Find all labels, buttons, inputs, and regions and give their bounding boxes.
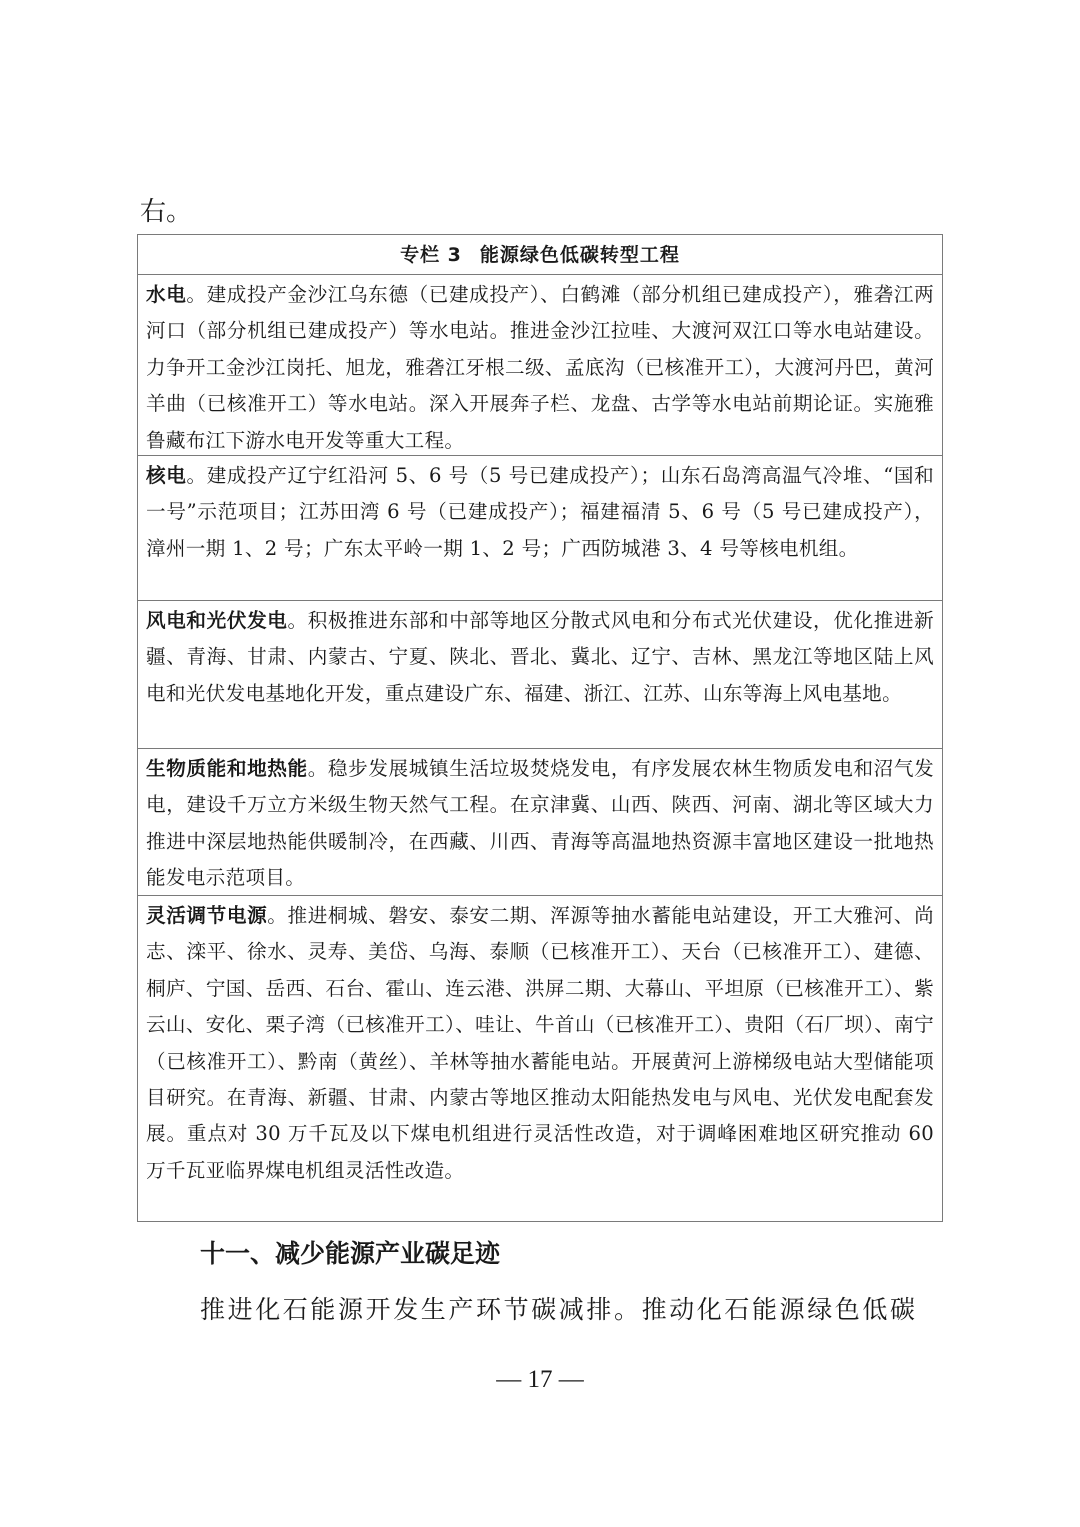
row-lead: 灵活调节电源 — [146, 904, 267, 927]
page-number: — 17 — — [0, 1360, 1080, 1400]
box-label: 专栏 3 — [400, 244, 462, 266]
row-lead: 生物质能和地热能 — [146, 757, 308, 780]
box-row-nuclear: 核电。建成投产辽宁红沿河 5、6 号（5 号已建成投产）；山东石岛湾高温气冷堆、… — [138, 456, 942, 601]
box-row-biomass-geothermal: 生物质能和地热能。稳步发展城镇生活垃圾焚烧发电，有序发展农林生物质发电和沼气发电… — [138, 749, 942, 896]
feature-box-energy-transition: 专栏 3能源绿色低碳转型工程 水电。建成投产金沙江乌东德（已建成投产）、白鹤滩（… — [137, 234, 943, 1222]
row-body: 。建成投产辽宁红沿河 5、6 号（5 号已建成投产）；山东石岛湾高温气冷堆、“国… — [146, 464, 934, 560]
row-body: 。推进桐城、磐安、泰安二期、浑源等抽水蓄能电站建设，开工大雅河、尚志、滦平、徐水… — [146, 904, 934, 1182]
row-lead: 核电 — [146, 464, 186, 487]
section-heading: 十一、减少能源产业碳足迹 — [200, 1234, 500, 1274]
row-lead: 风电和光伏发电 — [146, 609, 288, 632]
box-row-flexible-power: 灵活调节电源。推进桐城、磐安、泰安二期、浑源等抽水蓄能电站建设，开工大雅河、尚志… — [138, 896, 942, 1222]
section-paragraph: 推进化石能源开发生产环节碳减排。推动化石能源绿色低碳 — [200, 1290, 940, 1330]
box-row-hydropower: 水电。建成投产金沙江乌东德（已建成投产）、白鹤滩（部分机组已建成投产），雅砻江两… — [138, 275, 942, 456]
box-row-wind-solar: 风电和光伏发电。积极推进东部和中部等地区分散式风电和分布式光伏建设，优化推进新疆… — [138, 601, 942, 749]
row-body: 。建成投产金沙江乌东德（已建成投产）、白鹤滩（部分机组已建成投产），雅砻江两河口… — [146, 283, 934, 452]
row-lead: 水电 — [146, 283, 186, 306]
box-title: 专栏 3能源绿色低碳转型工程 — [138, 235, 942, 275]
box-title-text: 能源绿色低碳转型工程 — [480, 244, 680, 266]
carryover-text: 右。 — [140, 192, 192, 232]
